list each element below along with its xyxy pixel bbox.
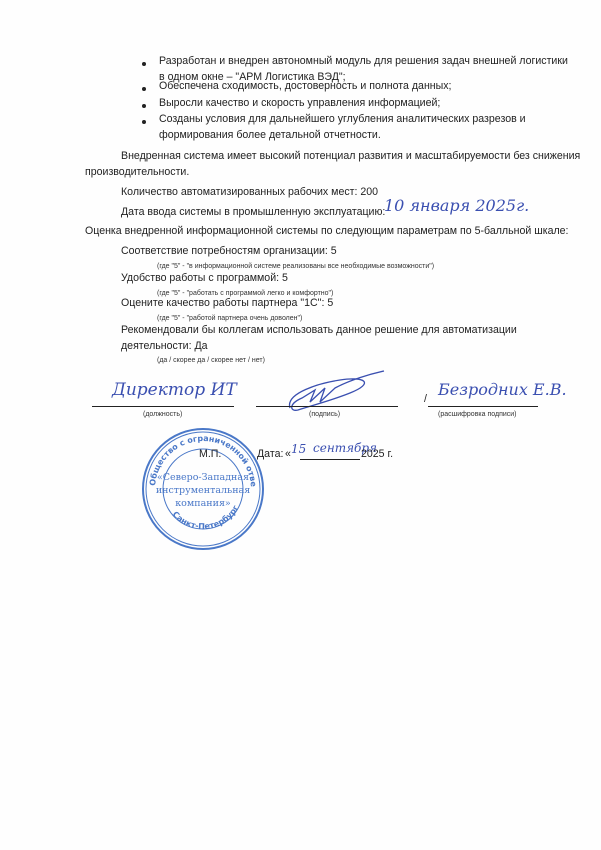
position-line [92,406,234,407]
eval-item-partner: Оцените качество работы партнера "1С": 5 [121,297,333,310]
svg-text:«Северо-Западная: «Северо-Западная [157,472,249,483]
name-caption: (расшифровка подписи) [438,410,517,419]
company-stamp: Общество с ограниченной ответственностью… [141,427,265,551]
result-item-4: Созданы условия для дальнейшего углублен… [159,113,526,126]
potential-paragraph: Внедренная система имеет высокий потенци… [121,150,580,163]
bullet-icon [142,87,146,91]
bullet-icon [142,104,146,108]
workplaces-count: Количество автоматизированных рабочих ме… [121,186,378,199]
sign-date-line [300,459,360,460]
svg-text:инструментальная: инструментальная [156,485,250,496]
eval-item-needs-note: (где "5" - "в информационной системе реа… [157,262,434,271]
name-handwritten: Безродних Е.В. [438,380,567,399]
stamp-placeholder-label: М.П. [199,448,221,461]
evaluation-heading: Оценка внедренной информационной системы… [85,225,569,238]
result-item-2: Обеспечена сходимость, достоверность и п… [159,80,452,93]
sign-date-label: Дата: [257,448,283,461]
sign-date-day: 15 [291,442,306,456]
eval-item-needs: Соответствие потребностям организации: 5 [121,245,337,258]
signature-line [256,406,398,407]
svg-text:компания»: компания» [175,498,231,509]
recommend-question: Рекомендовали бы коллегам использовать д… [121,324,517,337]
eval-item-usability: Удобство работы с программой: 5 [121,272,288,285]
result-item-4-cont: формирования более детальной отчетности. [159,129,381,142]
position-handwritten: Директор ИТ [112,380,237,400]
position-caption: (должность) [143,410,182,419]
document-page: Разработан и внедрен автономный модуль д… [0,0,601,850]
result-item-1: Разработан и внедрен автономный модуль д… [159,55,568,68]
bullet-icon [142,120,146,124]
launch-date-handwritten: 10 января 2025г. [384,196,529,215]
potential-paragraph-cont: производительности. [85,166,189,179]
signature-caption: (подпись) [309,410,340,419]
bullet-icon [142,62,146,66]
result-item-3: Выросли качество и скорость управления и… [159,97,440,110]
signature-slash: / [424,393,427,406]
recommend-options-note: (да / скорее да / скорее нет / нет) [157,356,265,365]
sign-date-year: 2025 г. [361,448,393,461]
name-line [428,406,538,407]
eval-item-partner-note: (где "5" - "работой партнера очень довол… [157,314,302,323]
recommend-answer: деятельности: Да [121,340,208,353]
launch-date-label: Дата ввода системы в промышленную эксплу… [121,206,385,219]
